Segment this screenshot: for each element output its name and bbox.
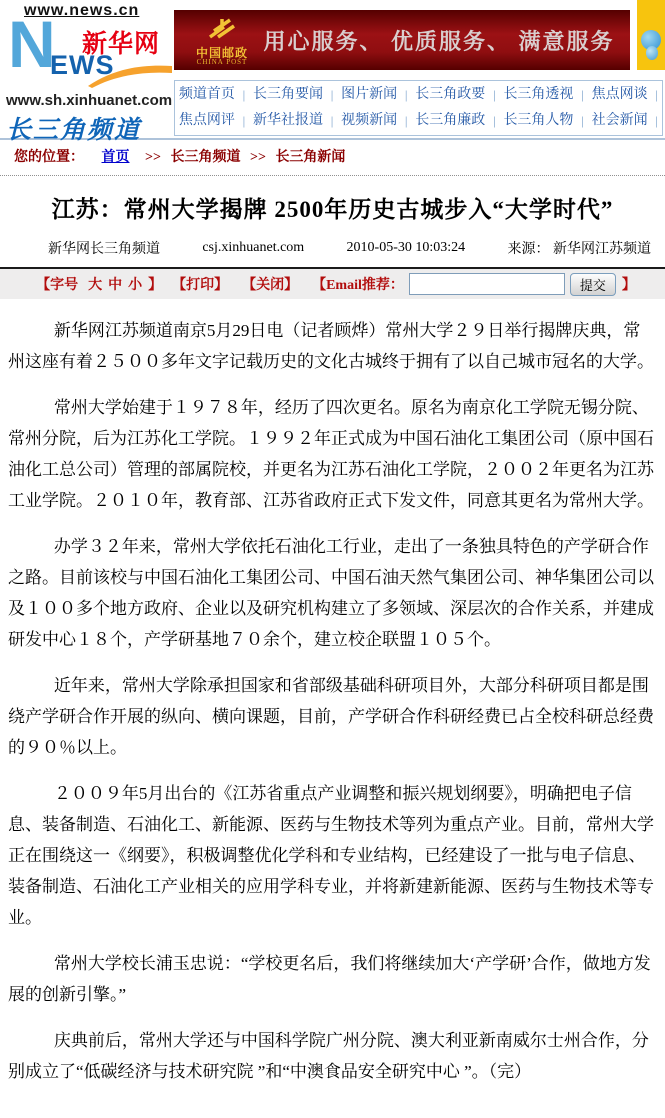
nav-item-focus-talk[interactable]: 焦点网谈: [592, 82, 648, 108]
china-post-logo-icon: [204, 15, 240, 41]
nav-separator: |: [493, 108, 496, 134]
corner-ad-banner[interactable]: [637, 0, 665, 70]
nav-item-csj-integrity[interactable]: 长三角廉政: [415, 108, 485, 134]
china-post-slogan: 用心服务、 优质服务、 满意服务: [258, 25, 630, 56]
nav-separator: |: [493, 82, 496, 108]
article-paragraph: 常州大学校长浦玉忠说：“学校更名后，我们将继续加大‘产学研’合作，做地方发展的创…: [8, 948, 657, 1010]
nav-separator: |: [581, 82, 584, 108]
fontsize-label-close: 】: [148, 274, 162, 294]
breadcrumb-label: 您的位置：: [14, 150, 84, 165]
channel-name-logo[interactable]: 长三角频道: [6, 110, 172, 146]
main-nav: 频道首页| 长三角要闻| 图片新闻| 长三角政要| 长三角透视| 焦点网谈| 焦…: [174, 80, 663, 136]
nav-item-focus-review[interactable]: 焦点网评: [179, 108, 235, 134]
article-body: 新华网江苏频道南京5月29日电（记者顾烨）常州大学２９日举行揭牌庆典，常州这座有…: [0, 299, 665, 1118]
article-title: 江苏：常州大学揭牌 2500年历史古城步入“大学时代”: [4, 191, 661, 224]
page: www.news.cn N 新华网 EWS www.sh.xinhuanet.c…: [0, 0, 665, 1118]
meta-source-value: 新华网江苏频道: [553, 242, 651, 257]
xinhuanet-logo[interactable]: N 新华网 EWS: [6, 22, 172, 88]
breadcrumb-separator: >>: [250, 150, 266, 165]
site-logo-block: www.news.cn N 新华网 EWS www.sh.xinhuanet.c…: [6, 2, 172, 146]
nav-row-1: 频道首页| 长三角要闻| 图片新闻| 长三角政要| 长三角透视| 焦点网谈|: [175, 82, 662, 108]
site-header: www.news.cn N 新华网 EWS www.sh.xinhuanet.c…: [0, 0, 665, 140]
china-post-name-cn: 中国邮政: [186, 47, 258, 59]
breadcrumb-section-link[interactable]: 长三角新闻: [275, 150, 345, 165]
nav-separator: |: [405, 82, 408, 108]
breadcrumb-channel-link[interactable]: 长三角频道: [170, 150, 240, 165]
nav-item-csj-insight[interactable]: 长三角透视: [503, 82, 573, 108]
email-bracket-close: 】: [622, 274, 636, 294]
email-recommend-label: 【Email推荐：: [312, 274, 404, 294]
meta-channel: 新华网长三角频道: [48, 238, 160, 258]
article-paragraph: ２００９年5月出台的《江苏省重点产业调整和振兴规划纲要》，明确把电子信息、装备制…: [8, 778, 657, 933]
fontsize-large-button[interactable]: 大: [88, 274, 102, 294]
article-paragraph: 近年来，常州大学除承担国家和省部级基础科研项目外，大部分科研项目都是围绕产学研合…: [8, 670, 657, 763]
print-button[interactable]: 【打印】: [172, 274, 228, 294]
nav-item-photo-news[interactable]: 图片新闻: [341, 82, 397, 108]
nav-item-video-news[interactable]: 视频新闻: [341, 108, 397, 134]
article-paragraph: 新华网江苏频道南京5月29日电（记者顾烨）常州大学２９日举行揭牌庆典，常州这座有…: [8, 315, 657, 377]
nav-item-xinhua-report[interactable]: 新华社报道: [253, 108, 323, 134]
article-paragraph: 办学３２年来，常州大学依托石油化工行业，走出了一条独具特色的产学研合作之路。目前…: [8, 531, 657, 655]
article-meta-row: 新华网长三角频道 csj.xinhuanet.com 2010-05-30 10…: [0, 238, 665, 258]
meta-source-label: 来源：: [507, 242, 549, 257]
nav-separator: |: [243, 108, 246, 134]
site-url[interactable]: www.sh.xinhuanet.com: [6, 92, 172, 109]
nav-item-csj-politics[interactable]: 长三角政要: [415, 82, 485, 108]
swoosh-icon: [86, 62, 174, 88]
china-post-name-en: CHINA POST: [186, 59, 258, 66]
meta-datetime: 2010-05-30 10:03:24: [347, 240, 466, 256]
mascot-icon: [641, 30, 661, 50]
nav-separator: |: [405, 108, 408, 134]
submit-button[interactable]: 提交: [570, 273, 616, 296]
meta-source: 来源： 新华网江苏频道: [507, 238, 651, 258]
email-input[interactable]: [409, 273, 565, 295]
nav-separator: |: [655, 108, 658, 134]
article-toolbar: 【字号 大 中 小 】 【打印】 【关闭】 【Email推荐： 提交 】: [0, 269, 665, 299]
nav-item-csj-people[interactable]: 长三角人物: [503, 108, 573, 134]
nav-separator: |: [655, 82, 658, 108]
nav-separator: |: [331, 108, 334, 134]
article-paragraph: 庆典前后，常州大学还与中国科学院广州分院、澳大利亚新南威尔士州合作，分别成立了“…: [8, 1025, 657, 1087]
china-post-ad-banner[interactable]: 中国邮政 CHINA POST 用心服务、 优质服务、 满意服务: [174, 10, 630, 70]
nav-separator: |: [581, 108, 584, 134]
fontsize-label: 【字号: [36, 274, 78, 294]
nav-item-society-news[interactable]: 社会新闻: [592, 108, 648, 134]
breadcrumb-separator: >>: [145, 150, 161, 165]
nav-item-csj-news[interactable]: 长三角要闻: [253, 82, 323, 108]
article-paragraph: 常州大学始建于１９７８年，经历了四次更名。原名为南京化工学院无锡分院、常州分院，…: [8, 392, 657, 516]
logo-letter-n: N: [8, 6, 56, 82]
meta-site-url: csj.xinhuanet.com: [202, 240, 304, 256]
nav-separator: |: [331, 82, 334, 108]
nav-item-channel-home[interactable]: 频道首页: [179, 82, 235, 108]
breadcrumb-home-link[interactable]: 首页: [102, 150, 130, 165]
close-button[interactable]: 【关闭】: [242, 274, 298, 294]
nav-row-2: 焦点网评| 新华社报道| 视频新闻| 长三角廉政| 长三角人物| 社会新闻|: [175, 108, 662, 134]
fontsize-medium-button[interactable]: 中: [108, 274, 122, 294]
fontsize-small-button[interactable]: 小: [128, 274, 142, 294]
nav-separator: |: [243, 82, 246, 108]
china-post-logo: 中国邮政 CHINA POST: [186, 15, 258, 66]
